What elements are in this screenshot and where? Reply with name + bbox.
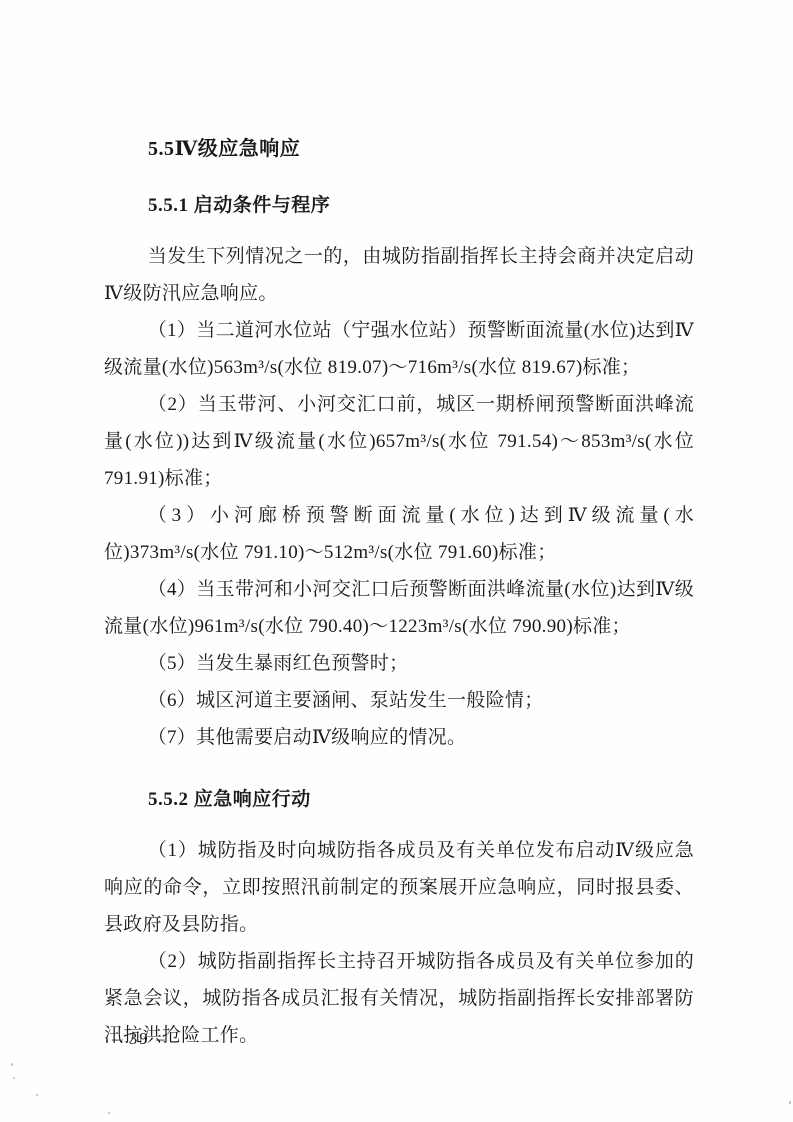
paragraph-condition-1: （1）当二道河水位站（宁强水位站）预警断面流量(水位)达到Ⅳ级流量(水位)563… bbox=[104, 312, 694, 386]
paragraph-condition-2: （2）当玉带河、小河交汇口前，城区一期桥闸预警断面洪峰流量(水位))达到Ⅳ级流量… bbox=[104, 386, 694, 497]
section-heading: 5.5Ⅳ级应急响应 bbox=[104, 136, 694, 162]
paragraph-action-1: （1）城防指及时向城防指各成员及有关单位发布启动Ⅳ级应急响应的命令，立即按照汛前… bbox=[104, 832, 694, 943]
subsection-heading-552: 5.5.2 应急响应行动 bbox=[104, 787, 694, 813]
scan-speck bbox=[789, 1101, 791, 1104]
paragraph-condition-5: （5）当发生暴雨红色预警时； bbox=[104, 645, 694, 682]
page-content: 5.5Ⅳ级应急响应 5.5.1 启动条件与程序 当发生下列情况之一的，由城防指副… bbox=[104, 136, 694, 1054]
paragraph-action-2: （2）城防指副指挥长主持召开城防指各成员及有关单位参加的紧急会议，城防指各成员汇… bbox=[104, 943, 694, 1054]
scan-speck bbox=[108, 1112, 110, 1114]
paragraph-condition-6: （6）城区河道主要涵闸、泵站发生一般险情； bbox=[104, 682, 694, 719]
paragraph-condition-3: （3）小河廊桥预警断面流量(水位)达到Ⅳ级流量(水位)373m³/s(水位 79… bbox=[104, 497, 694, 571]
page-number: – 39 – bbox=[112, 1029, 167, 1049]
subsection-heading-551: 5.5.1 启动条件与程序 bbox=[104, 193, 694, 219]
scan-speck bbox=[11, 1063, 13, 1066]
scan-speck bbox=[13, 1077, 15, 1079]
paragraph-condition-4: （4）当玉带河和小河交汇口后预警断面洪峰流量(水位)达到Ⅳ级流量(水位)961m… bbox=[104, 571, 694, 645]
paragraph-intro: 当发生下列情况之一的，由城防指副指挥长主持会商并决定启动Ⅳ级防汛应急响应。 bbox=[104, 238, 694, 312]
scan-speck bbox=[36, 1094, 38, 1096]
paragraph-condition-7: （7）其他需要启动Ⅳ级响应的情况。 bbox=[104, 719, 694, 756]
document-page: 5.5Ⅳ级应急响应 5.5.1 启动条件与程序 当发生下列情况之一的，由城防指副… bbox=[0, 0, 793, 1122]
